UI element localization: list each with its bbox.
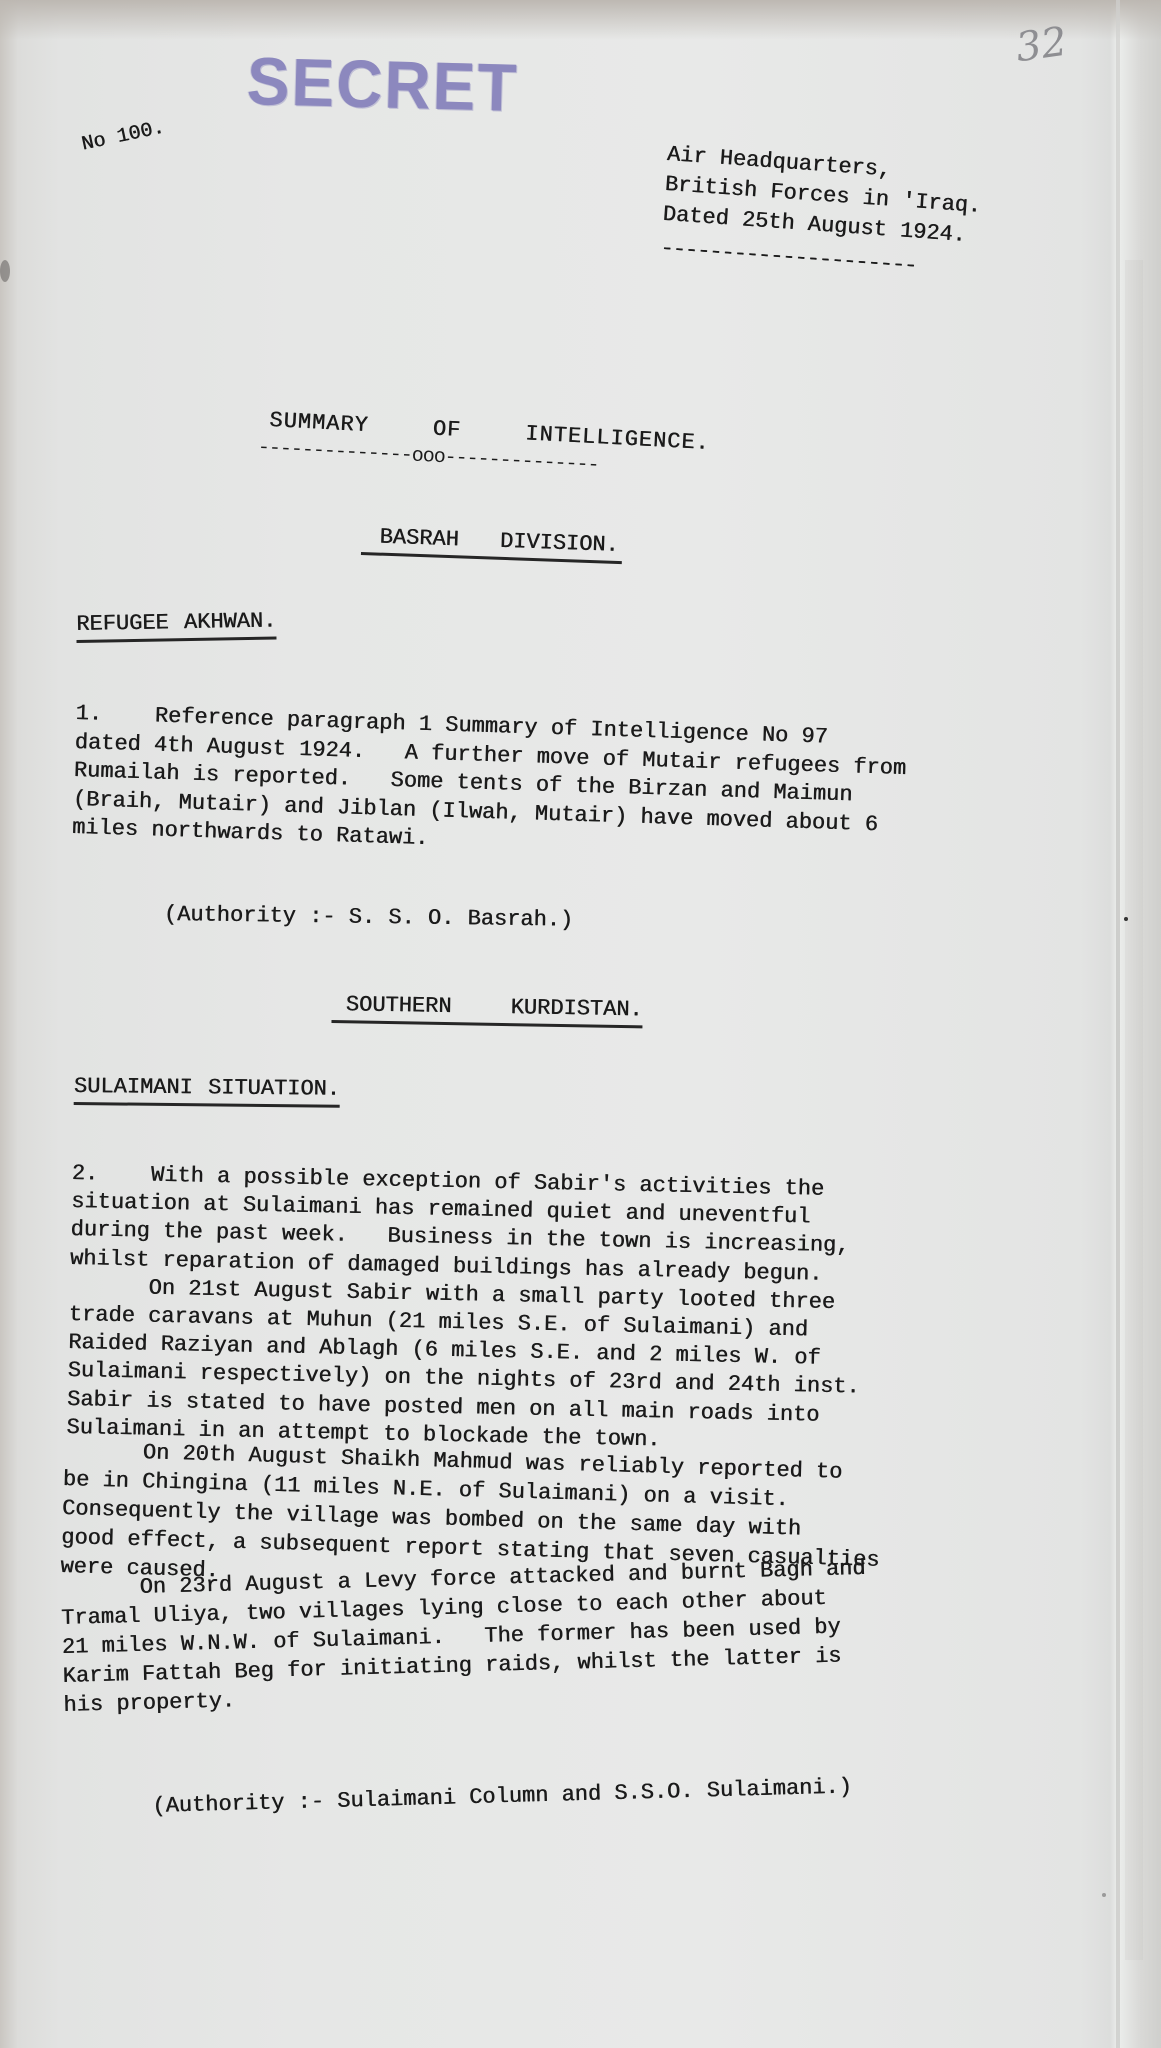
paper-speck xyxy=(1124,917,1128,921)
page-fold-shadow xyxy=(1116,0,1120,2048)
adjacent-page-edge xyxy=(1125,260,1143,1960)
paragraph-1: 1. Reference paragraph 1 Summary of Inte… xyxy=(72,700,908,869)
paragraph-2-continued-levy: On 23rd August a Levy force attacked and… xyxy=(60,1554,869,1720)
secret-stamp: SECRET xyxy=(246,42,520,127)
document-number: No 100. xyxy=(80,119,166,156)
subsection-heading-sulaimani-situation: SULAIMANI SITUATION. xyxy=(74,1074,340,1108)
paragraph-2: 2. With a possible exception of Sabir's … xyxy=(66,1160,864,1459)
document-page: SECRET 32 No 100. Air Headquarters, Brit… xyxy=(0,0,1161,2048)
document-title-block: SUMMARY OF INTELLIGENCE. --------------o… xyxy=(267,408,710,483)
authority-note-basrah: (Authority :- S. S. O. Basrah.) xyxy=(164,902,574,933)
paper-speck xyxy=(1102,1893,1106,1897)
section-heading-southern-kurdistan: SOUTHERN KURDISTAN. xyxy=(331,992,642,1028)
section-heading-basrah-division: BASRAH DIVISION. xyxy=(361,524,623,564)
authority-note-sulaimani: (Authority :- Sulaimani Column and S.S.O… xyxy=(152,1774,852,1819)
folio-number: 32 xyxy=(1013,19,1070,72)
ink-smudge xyxy=(0,260,10,282)
subsection-heading-refugee-akhwan: REFUGEE AKHWAN. xyxy=(76,609,277,643)
header-address-block: Air Headquarters, British Forces in 'Ira… xyxy=(659,140,984,286)
